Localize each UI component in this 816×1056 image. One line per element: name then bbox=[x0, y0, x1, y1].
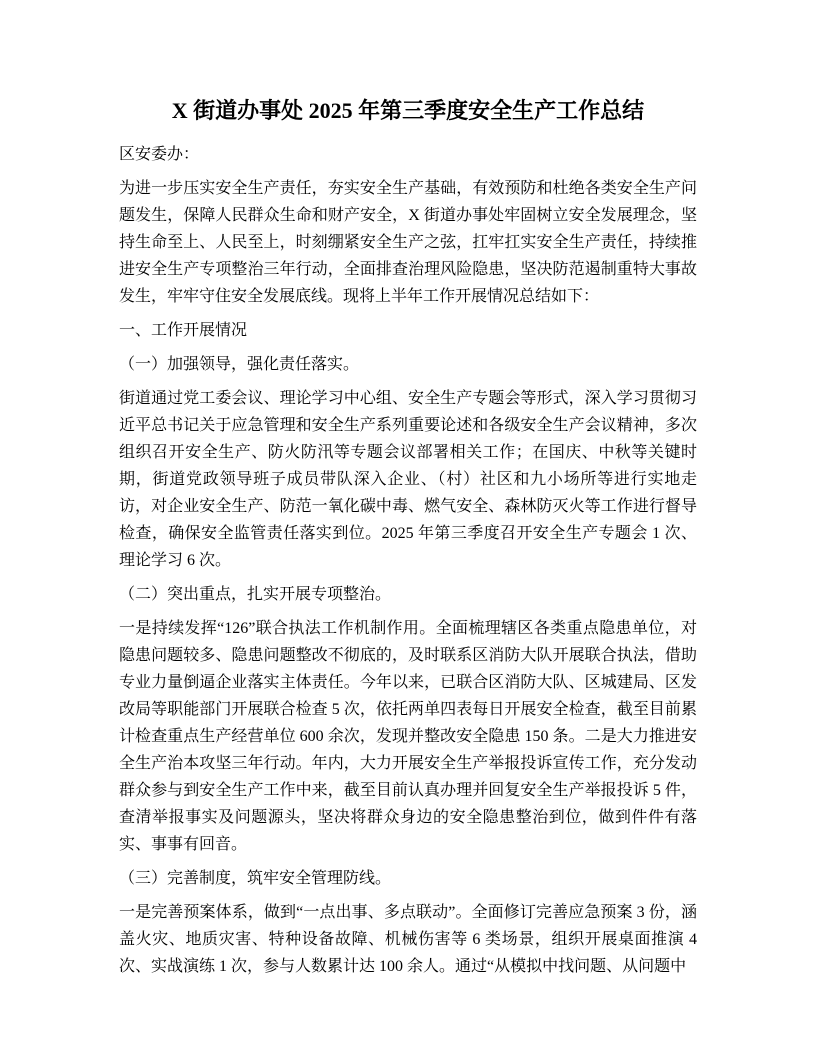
subsection-2-body: 一是持续发挥“126”联合执法工作机制作用。全面梳理辖区各类重点隐患单位，对隐患… bbox=[119, 615, 697, 858]
section-1-heading: 一、工作开展情况 bbox=[119, 317, 697, 344]
subsection-3-body: 一是完善预案体系，做到“一点出事、多点联动”。全面修订完善应急预案 3 份，涵盖… bbox=[119, 899, 697, 980]
document-title: X 街道办事处 2025 年第三季度安全生产工作总结 bbox=[119, 94, 697, 127]
subsection-2-heading: （二）突出重点，扎实开展专项整治。 bbox=[119, 581, 697, 608]
intro-paragraph: 为进一步压实安全生产责任，夯实安全生产基础，有效预防和杜绝各类安全生产问题发生，… bbox=[119, 175, 697, 310]
subsection-3-heading: （三）完善制度，筑牢安全管理防线。 bbox=[119, 865, 697, 892]
subsection-1-heading: （一）加强领导，强化责任落实。 bbox=[119, 351, 697, 378]
document-page: X 街道办事处 2025 年第三季度安全生产工作总结 区安委办： 为进一步压实安… bbox=[0, 0, 816, 1056]
salutation: 区安委办： bbox=[119, 141, 697, 168]
subsection-1-body: 街道通过党工委会议、理论学习中心组、安全生产专题会等形式，深入学习贯彻习近平总书… bbox=[119, 385, 697, 574]
